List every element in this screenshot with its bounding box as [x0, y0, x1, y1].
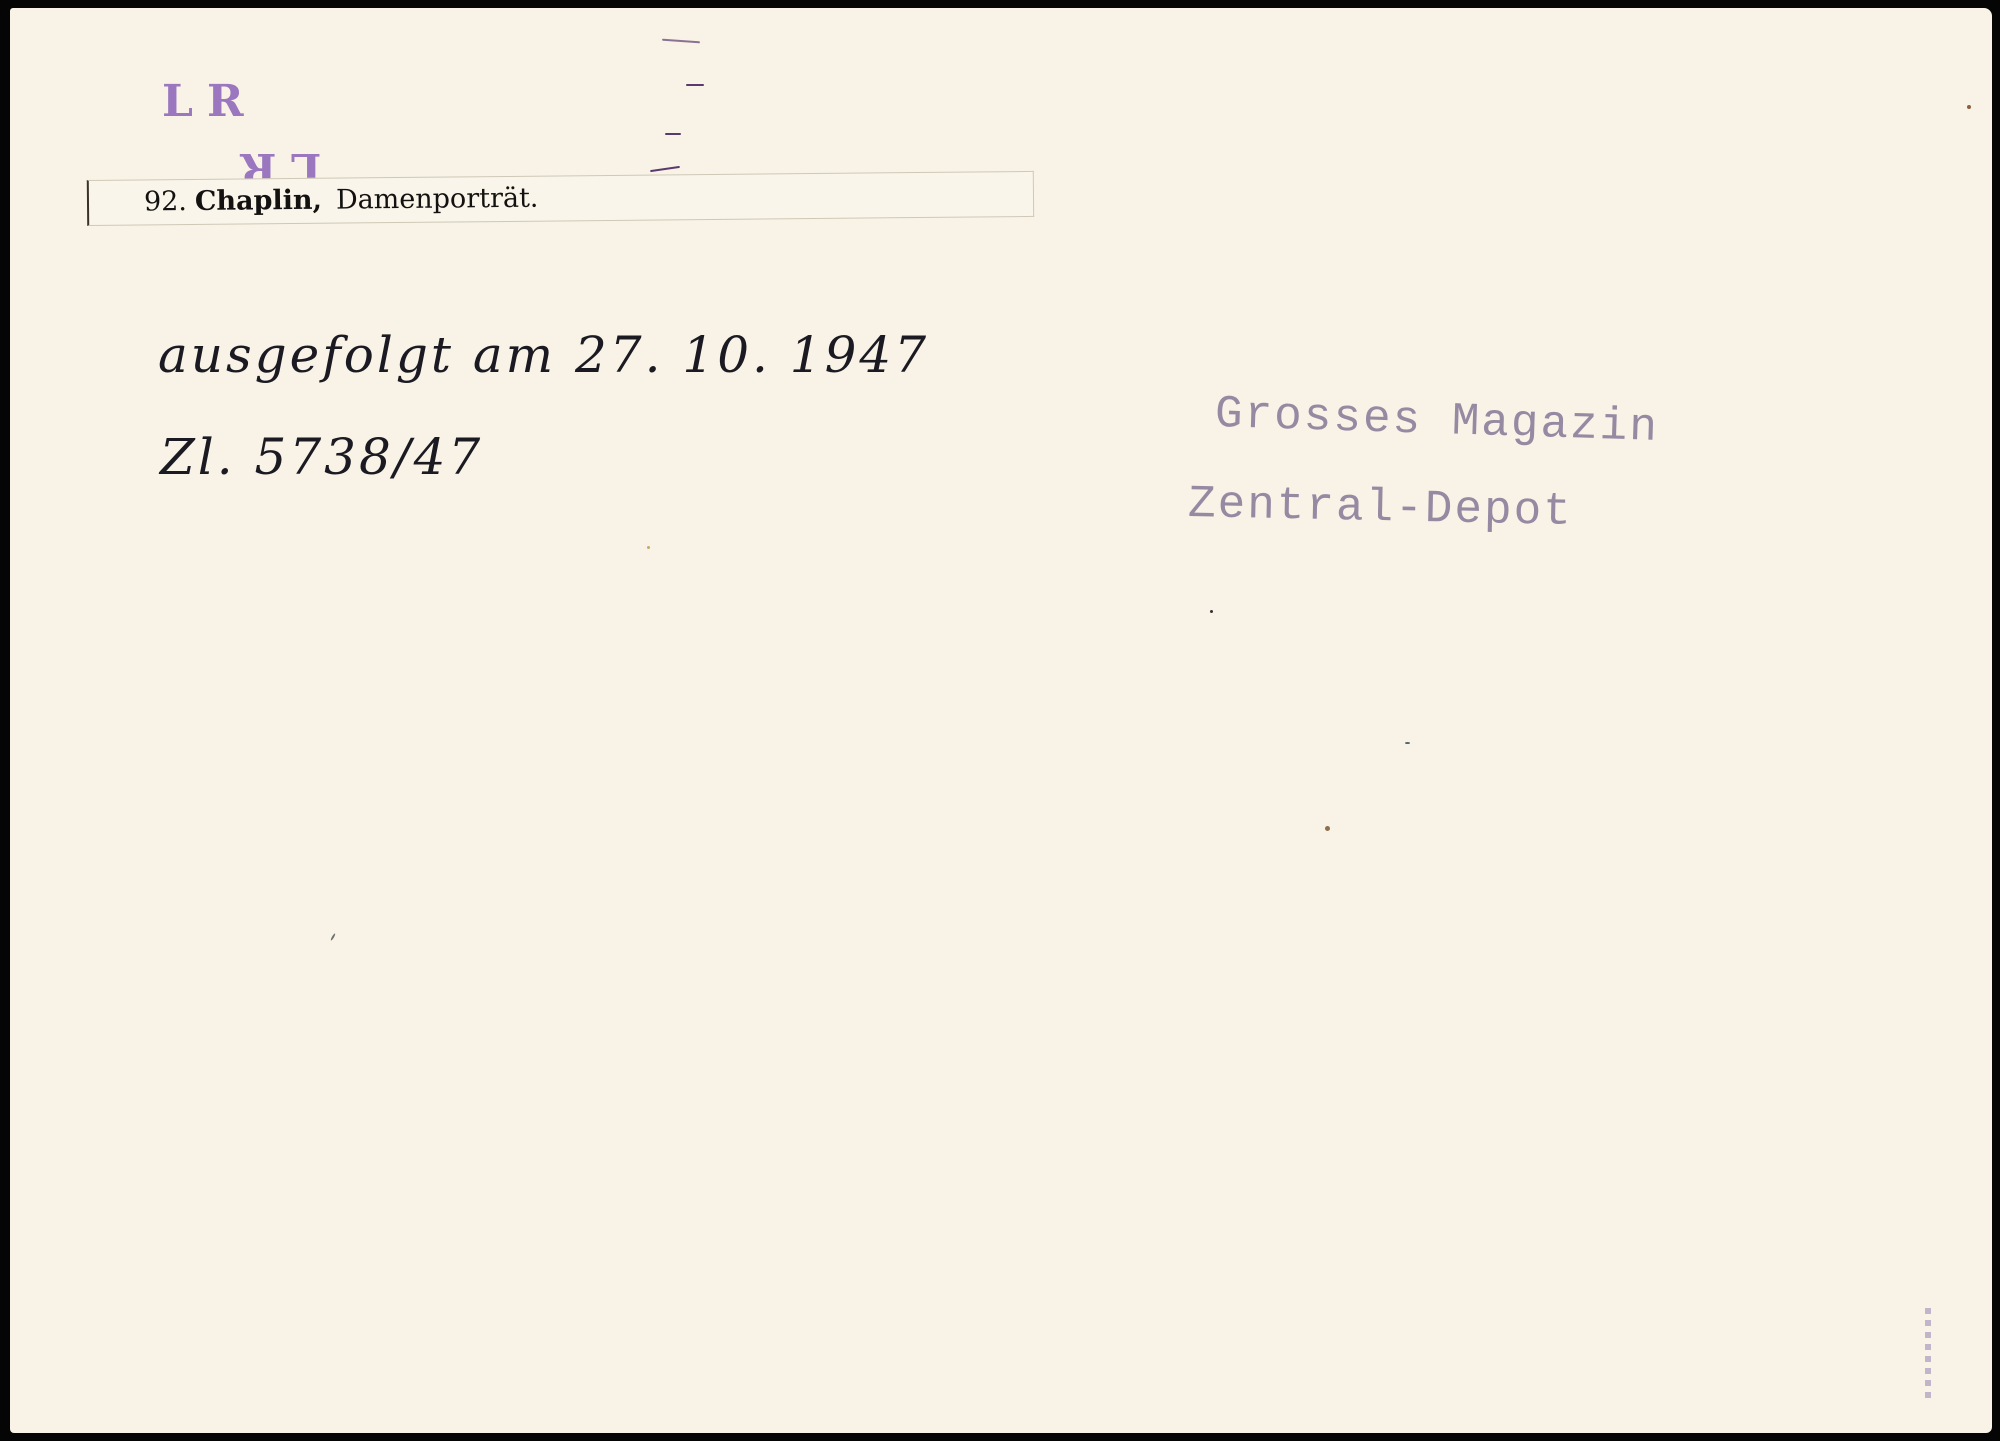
depot-stamp-line2: Zentral-Depot [1187, 478, 1573, 538]
paper-speck [1405, 742, 1410, 744]
paper-speck [330, 933, 336, 941]
handwritten-note-reference: Zl. 5738/47 [160, 428, 483, 486]
paper-speck [1210, 610, 1213, 613]
ink-dash-mark [650, 166, 680, 172]
label-text: 92.Chaplin,Damenporträt. [144, 183, 539, 218]
paper-speck [1325, 826, 1330, 831]
paper-speck [1967, 105, 1971, 109]
ink-dash-mark [686, 84, 704, 86]
faint-edge-stamp-mark [1925, 1308, 1931, 1398]
paper-speck [647, 546, 650, 549]
handwritten-note-release: ausgefolgt am 27. 10. 1947 [158, 326, 929, 384]
depot-stamp-line1: Grosses Magazin [1214, 388, 1659, 454]
ink-dash-mark [662, 39, 700, 44]
ink-dash-mark [665, 133, 681, 135]
artist-name: Chaplin, [195, 185, 322, 217]
artwork-title: Damenporträt. [336, 183, 539, 216]
initials-stamp-upper: LR [162, 80, 258, 124]
catalog-number: 92. [144, 186, 187, 217]
printed-label-strip: 92.Chaplin,Damenporträt. [87, 171, 1034, 226]
document-card: LR LR 92.Chaplin,Damenporträt. ausgefolg… [10, 8, 1992, 1433]
